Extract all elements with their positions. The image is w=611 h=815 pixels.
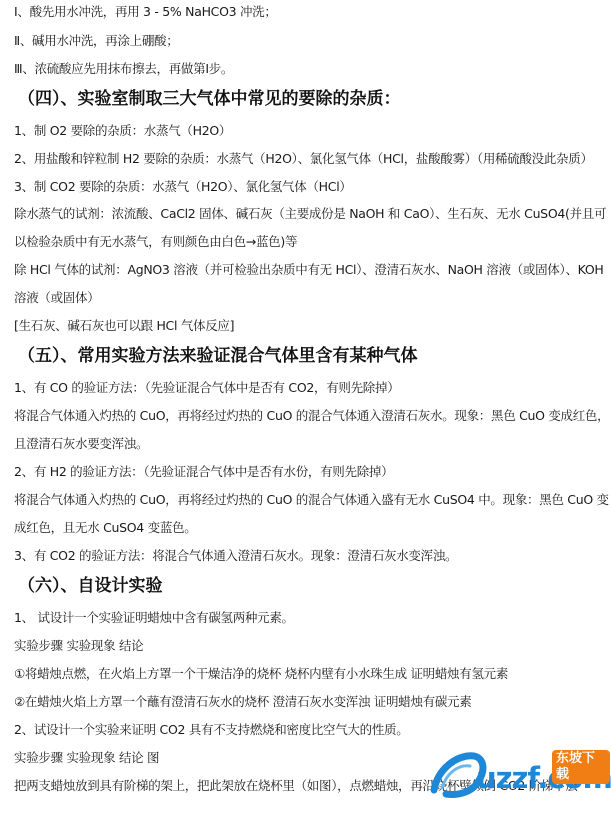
intro-line-2: Ⅱ、碱用水冲洗，再涂上硼酸； <box>14 33 178 49</box>
section-4-line-6: 除 HCl 气体的试剂：AgNO3 溶液（并可检验出杂质中有无 HCl）、澄清石… <box>14 262 604 278</box>
section-4-line-3: 3、制 CO2 要除的杂质：水蒸气（H2O）、氯化氢气体（HCl） <box>14 179 352 195</box>
section-5-line-4: 2、有 H2 的验证方法：（先验证混合气体中是否有水份，有则先除掉） <box>14 464 393 480</box>
section-5-heading: （五）、常用实验方法来验证混合气体里含有某种气体 <box>18 345 418 367</box>
section-5-line-5: 将混合气体通入灼热的 CuO，再将经过灼热的 CuO 的混合气体通入盛有无水 C… <box>14 492 609 508</box>
section-4-line-8: [生石灰、碱石灰也可以跟 HCl 气体反应] <box>14 318 234 334</box>
section-6-line-1: 1、 试设计一个实验证明蜡烛中含有碳氢两种元素。 <box>14 610 294 626</box>
section-4-line-1: 1、制 O2 要除的杂质：水蒸气（H2O） <box>14 123 231 139</box>
intro-line-3: Ⅲ、浓硫酸应先用抹布擦去，再做第Ⅰ步。 <box>14 61 233 77</box>
section-6-line-5: 2、试设计一个实验来证明 CO2 具有不支持燃烧和密度比空气大的性质。 <box>14 722 408 738</box>
section-6-line-2: 实验步骤 实验现象 结论 <box>14 638 143 654</box>
section-4-line-2: 2、用盐酸和锌粒制 H2 要除的杂质：水蒸气（H2O）、氯化氢气体（HCl，盐酸… <box>14 151 593 167</box>
section-4-heading: （四）、实验室制取三大气体中常见的要除的杂质： <box>18 88 401 110</box>
section-6-heading: （六）、自设计实验 <box>18 575 163 597</box>
uzzf-watermark: uzzf.com 东坡下载 <box>428 748 610 802</box>
section-6-line-6: 实验步骤 实验现象 结论 图 <box>14 750 159 766</box>
section-5-line-7: 3、有 CO2 的验证方法：将混合气体通入澄清石灰水。现象：澄清石灰水变浑浊。 <box>14 548 457 564</box>
section-4-line-4: 除水蒸气的试剂：浓流酸、CaCl2 固体、碱石灰（主要成份是 NaOH 和 Ca… <box>14 206 606 222</box>
watermark-badge: 东坡下载 <box>552 750 610 784</box>
section-6-line-4: ②在蜡烛火焰上方罩一个蘸有澄清石灰水的烧杯 澄清石灰水变浑浊 证明蜡烛有碳元素 <box>14 694 471 710</box>
section-5-line-3: 且澄清石灰水要变浑浊。 <box>14 436 148 452</box>
section-5-line-2: 将混合气体通入灼热的 CuO，再将经过灼热的 CuO 的混合气体通入澄清石灰水。… <box>14 408 609 424</box>
section-5-line-1: 1、有 CO 的验证方法：（先验证混合气体中是否有 CO2，有则先除掉） <box>14 380 399 396</box>
section-4-line-5: 以检验杂质中有无水蒸气，有则颜色由白色→蓝色)等 <box>14 234 297 250</box>
section-4-line-7: 溶液（或固体） <box>14 290 99 306</box>
section-5-line-6: 成红色，且无水 CuSO4 变蓝色。 <box>14 520 196 536</box>
intro-line-1: Ⅰ、酸先用水冲洗，再用 3 - 5% NaHCO3 冲洗； <box>14 4 277 20</box>
section-6-line-3: ①将蜡烛点燃，在火焰上方罩一个干燥洁净的烧杯 烧杯内壁有小水珠生成 证明蜡烛有氢… <box>14 666 508 682</box>
